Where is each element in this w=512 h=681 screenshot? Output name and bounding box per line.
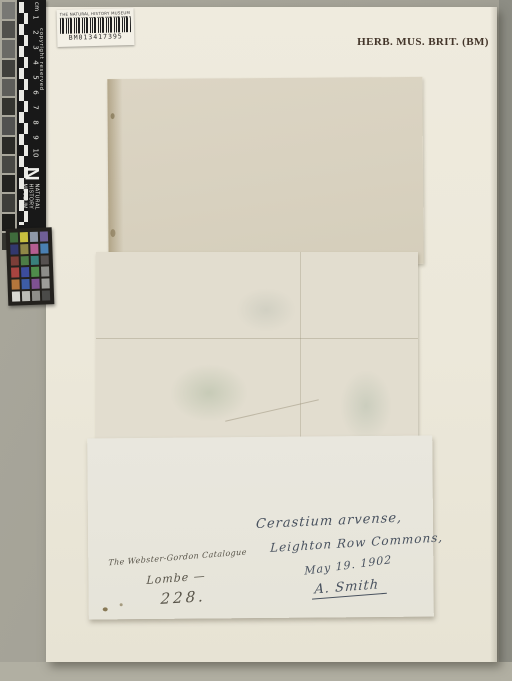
nhm-logo-text-line: MUSEUM	[22, 184, 28, 210]
color-patch	[20, 232, 28, 242]
gray-step	[2, 2, 15, 19]
annotation-species-name: Cerastium arvense,	[256, 511, 403, 532]
color-patch	[10, 244, 18, 254]
label-sheet: The Webster-Gordon Catalogue Lombe — 228…	[87, 435, 434, 619]
gray-step	[2, 79, 15, 96]
annotation-date: May 19. 1902	[304, 553, 392, 578]
stain-speck	[111, 113, 115, 119]
color-patch	[21, 279, 29, 289]
nhm-logo-text-line: NATURAL	[34, 184, 40, 210]
color-patch	[41, 255, 49, 265]
color-patch	[30, 244, 38, 254]
stain-speck	[120, 603, 123, 606]
background-bottom-band	[0, 662, 512, 681]
mount-sheet: THE NATURAL HISTORY MUSEUM LONDON BM0134…	[46, 7, 497, 662]
plant-stain	[340, 370, 392, 442]
paper-crease	[300, 252, 301, 446]
herbarium-stamp: HERB. MUS. BRIT. (BM)	[352, 36, 494, 48]
annotation-catalogue: The Webster-Gordon Catalogue	[108, 547, 247, 567]
barcode-icon	[60, 16, 131, 34]
paper-crease	[96, 338, 418, 339]
scale-number: 7	[32, 104, 39, 112]
color-patch	[12, 292, 20, 302]
barcode-label: THE NATURAL HISTORY MUSEUM LONDON BM0134…	[57, 8, 135, 47]
color-patch	[20, 244, 28, 254]
annotation-locality: Leighton Row Commons,	[270, 530, 444, 555]
color-patch	[41, 279, 49, 289]
color-patch	[32, 291, 40, 301]
nhm-logo-text-line: HISTORY	[28, 184, 34, 210]
color-patch	[10, 232, 18, 242]
color-patch	[31, 279, 39, 289]
color-patch	[21, 256, 29, 266]
scale-number: 1	[32, 14, 39, 22]
scale-bar: cm 12345678910 copyright reserved N NATU…	[17, 0, 46, 229]
gray-step	[2, 60, 15, 77]
gray-step	[2, 40, 15, 57]
color-patch	[40, 243, 48, 253]
paper-edge-stain	[107, 79, 123, 266]
color-patch	[31, 267, 39, 277]
gray-step	[2, 156, 15, 173]
gray-step	[2, 117, 15, 134]
nhm-logo: N NATURALHISTORYMUSEUM	[18, 159, 45, 219]
stain-speck	[110, 229, 115, 237]
gray-step	[2, 21, 15, 38]
scale-number: 10	[32, 149, 39, 157]
color-patch	[42, 290, 50, 300]
plant-stain	[170, 364, 248, 422]
nhm-logo-text: NATURALHISTORYMUSEUM	[22, 184, 40, 210]
specimen-paper-middle	[96, 252, 418, 446]
color-patch	[11, 268, 19, 278]
grayscale-step-wedge	[0, 0, 17, 252]
color-patch	[21, 268, 29, 278]
scale-number: 9	[32, 134, 39, 142]
color-patch	[30, 232, 38, 242]
barcode-number: BM013417395	[60, 32, 131, 42]
color-patch	[11, 256, 19, 266]
color-patch	[31, 255, 39, 265]
copyright-text: copyright reserved	[38, 28, 44, 91]
scale-number: 8	[32, 119, 39, 127]
gray-step	[2, 175, 15, 192]
gray-step	[2, 194, 15, 211]
scale-bar-unit: cm	[33, 2, 40, 11]
color-patch	[41, 267, 49, 277]
gray-step	[2, 98, 15, 115]
nhm-logo-letter: N	[22, 167, 41, 181]
color-checker-card	[6, 227, 55, 306]
color-patch	[22, 291, 30, 301]
color-patch	[40, 231, 48, 241]
gray-step	[2, 137, 15, 154]
herbarium-scan: THE NATURAL HISTORY MUSEUM LONDON BM0134…	[0, 0, 512, 681]
color-patch	[11, 280, 19, 290]
plant-stain	[236, 288, 296, 332]
background-right-band	[499, 0, 512, 681]
annotation-collector-signature: A. Smith	[312, 577, 387, 600]
specimen-paper-top	[107, 77, 423, 266]
annotation-number: 228.	[160, 587, 206, 608]
stain-speck	[103, 607, 108, 611]
annotation-locality-left: Lombe —	[146, 569, 206, 587]
